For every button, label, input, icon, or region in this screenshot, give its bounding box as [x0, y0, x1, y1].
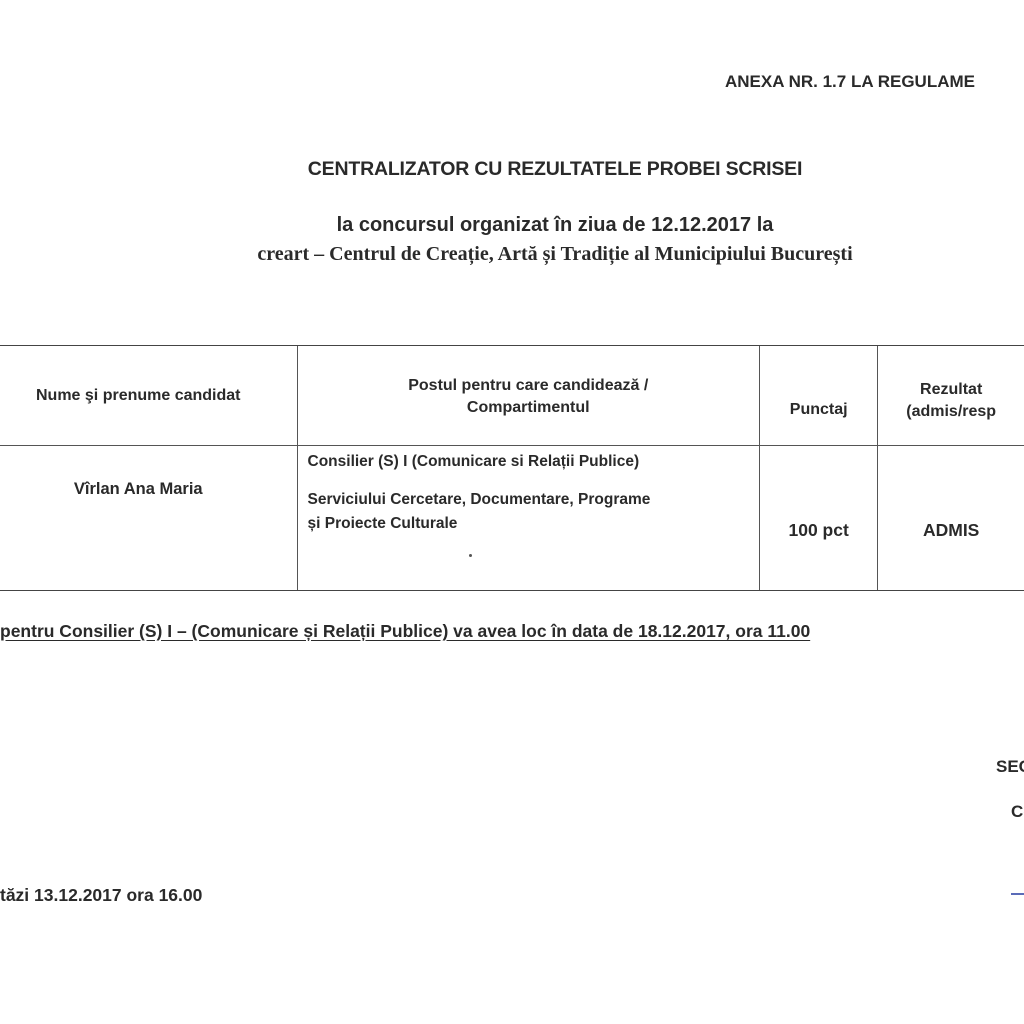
department-line2: și Proiecte Culturale: [308, 512, 759, 536]
column-header-result: Rezultat (admis/resp: [878, 346, 1024, 446]
document-subtitle: la concursul organizat în ziua de 12.12.…: [0, 214, 1024, 237]
results-table-container: Nume şi prenume candidat Postul pentru c…: [0, 345, 1024, 591]
table-header-row: Nume şi prenume candidat Postul pentru c…: [0, 346, 1024, 446]
post-title: Consilier (S) I (Comunicare si Relații P…: [308, 450, 759, 474]
posted-date: tăzi 13.12.2017 ora 16.00: [0, 885, 202, 906]
signature-stroke: [1011, 893, 1024, 895]
column-header-result-line1: Rezultat: [878, 379, 1024, 401]
column-header-post: Postul pentru care candidează / Comparti…: [297, 346, 759, 446]
secretary-role: SECR: [996, 757, 1024, 777]
column-header-post-line2: Compartimentul: [298, 397, 759, 419]
secretary-name: Cost: [1011, 802, 1024, 822]
scan-speck: [469, 554, 472, 557]
document-title: CENTRALIZATOR CU REZULTATELE PROBEI SCRI…: [0, 158, 1024, 181]
column-header-name: Nume şi prenume candidat: [0, 346, 297, 446]
column-header-score: Punctaj: [760, 346, 878, 446]
candidate-score: 100 pct: [760, 446, 878, 591]
department-line1: Serviciului Cercetare, Documentare, Prog…: [308, 488, 759, 512]
results-table: Nume şi prenume candidat Postul pentru c…: [0, 346, 1024, 590]
institution-name: creart – Centrul de Creație, Artă și Tra…: [0, 243, 1024, 266]
candidate-result: ADMIS: [878, 446, 1024, 591]
candidate-post: Consilier (S) I (Comunicare si Relații P…: [297, 446, 759, 591]
table-row: Vîrlan Ana Maria Consilier (S) I (Comuni…: [0, 446, 1024, 591]
column-header-post-line1: Postul pentru care candidează /: [298, 375, 759, 397]
candidate-name: Vîrlan Ana Maria: [0, 446, 297, 591]
interview-notice: pentru Consilier (S) I – (Comunicare și …: [0, 621, 810, 642]
column-header-result-line2: (admis/resp: [878, 401, 1024, 423]
annex-reference: ANEXA NR. 1.7 LA REGULAME: [725, 72, 975, 92]
